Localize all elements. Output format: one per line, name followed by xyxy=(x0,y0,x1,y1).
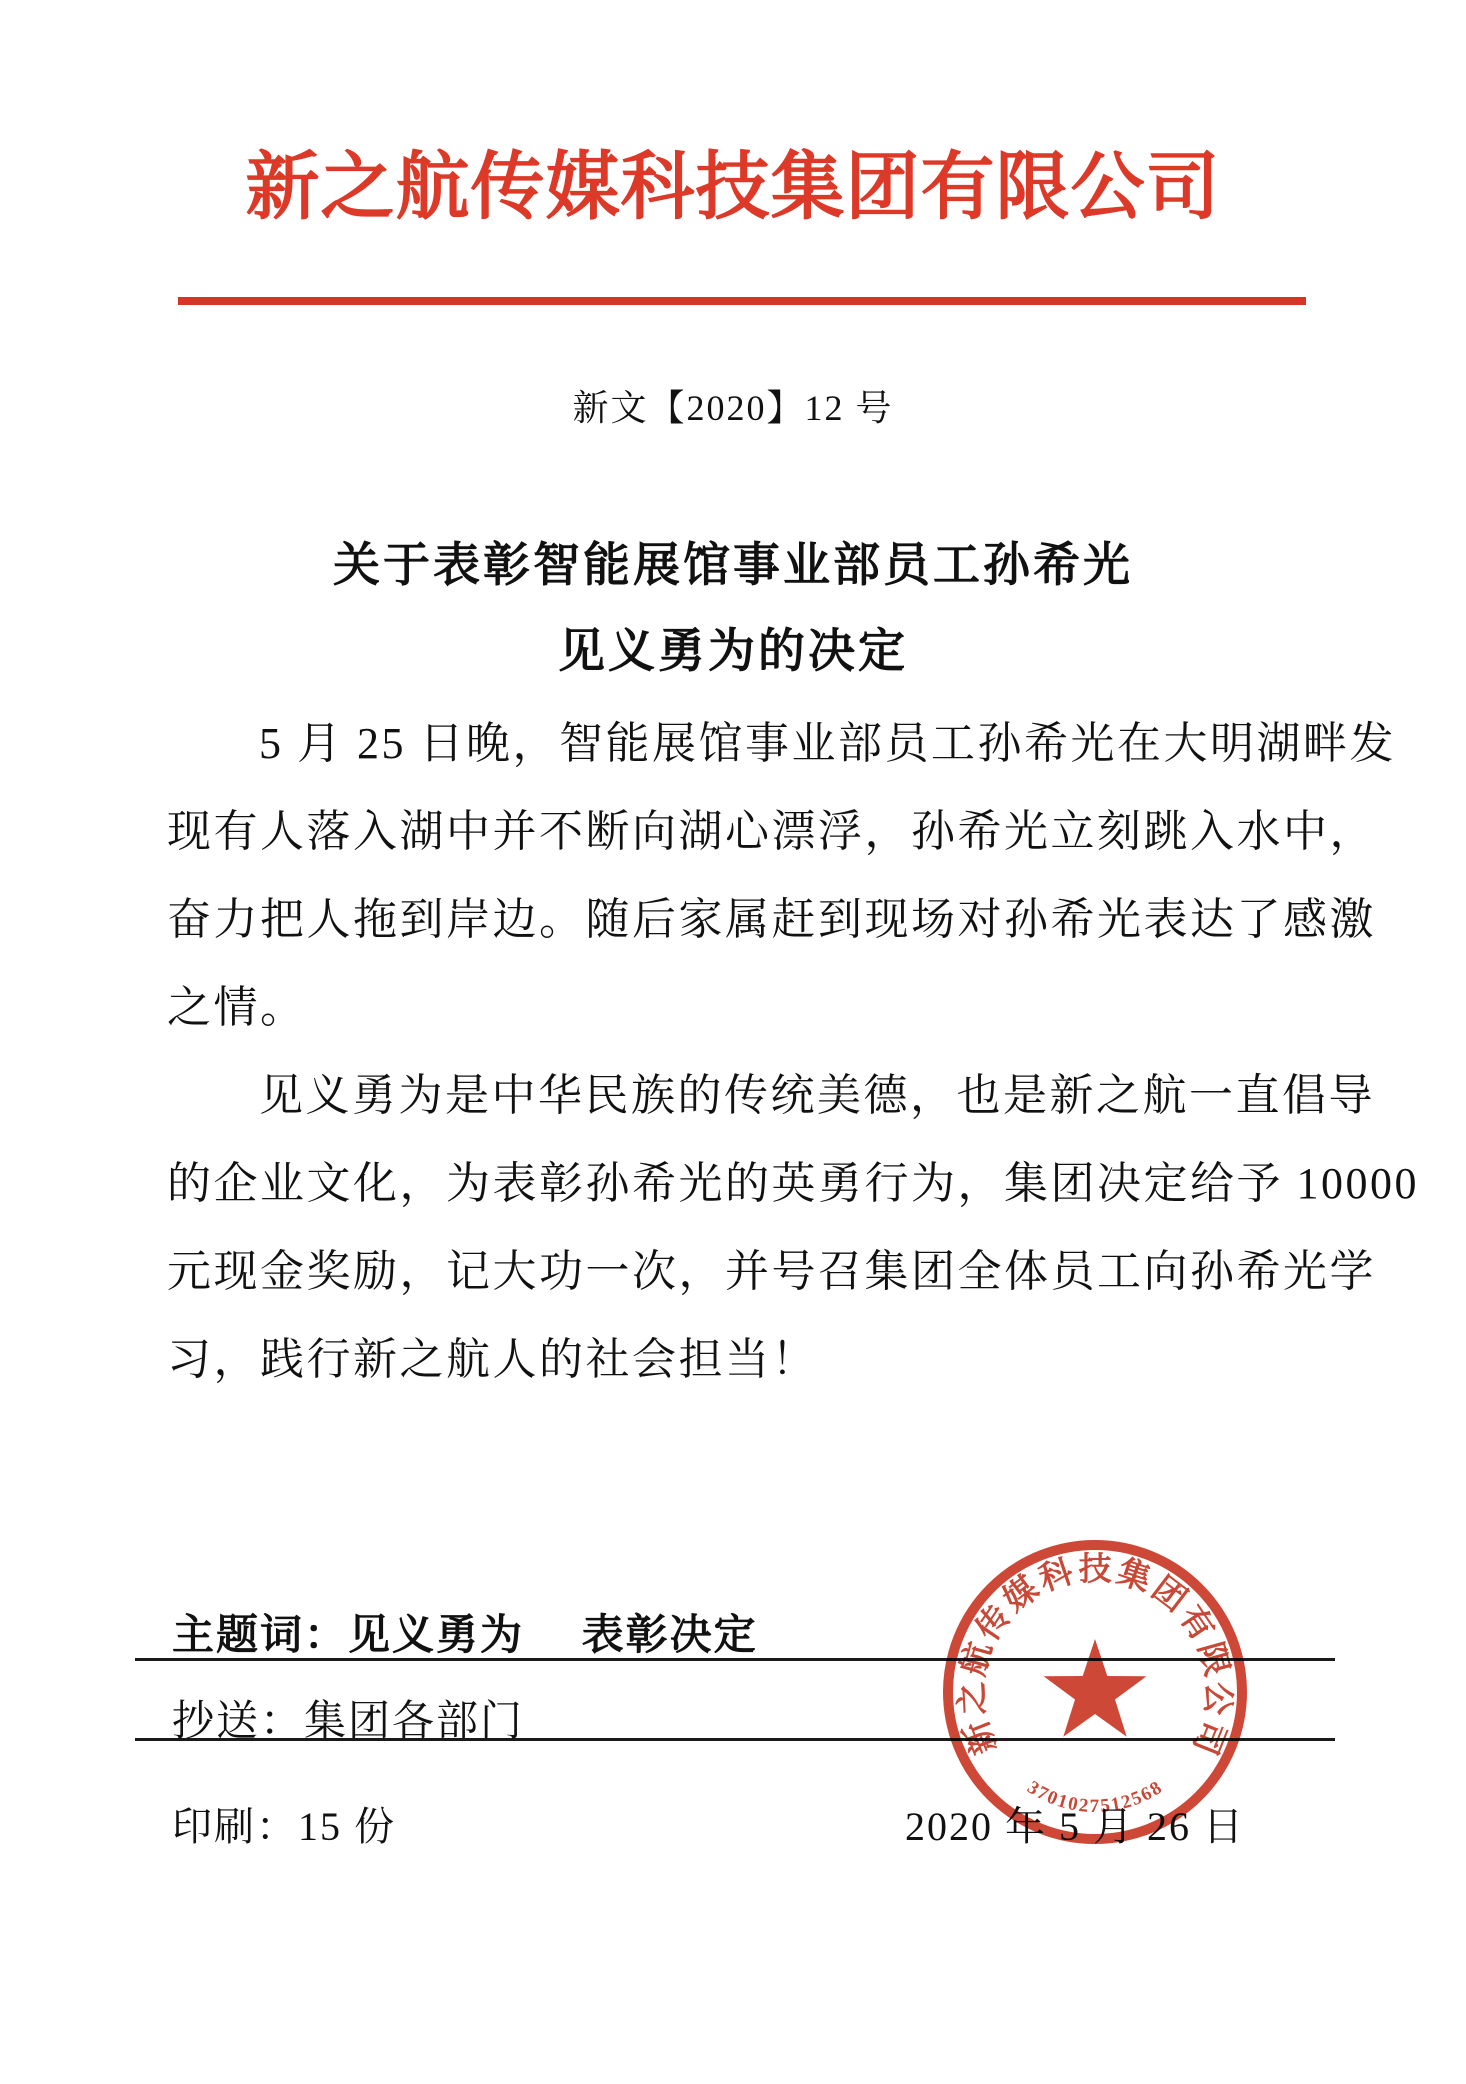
body-line: 的企业文化，为表彰孙希光的英勇行为，集团决定给予 10000 xyxy=(167,1140,1342,1228)
document-title-line2: 见义勇为的决定 xyxy=(0,614,1466,681)
body-line: 元现金奖励，记大功一次，并号召集团全体员工向孙希光学 xyxy=(167,1228,1342,1316)
body-line: 现有人落入湖中并不断向湖心漂浮，孙希光立刻跳入水中， xyxy=(167,788,1342,876)
body-line: 之情。 xyxy=(167,964,1342,1052)
seal-number-text: 3701027512568 xyxy=(1023,1777,1165,1817)
document-number: 新文【2020】12 号 xyxy=(0,380,1466,431)
company-letterhead-title: 新之航传媒科技集团有限公司 xyxy=(0,128,1466,234)
print-count: 印刷：15 份 xyxy=(172,1795,396,1852)
document-body: 5 月 25 日晚，智能展馆事业部员工孙希光在大明湖畔发 现有人落入湖中并不断向… xyxy=(167,700,1342,1404)
letterhead-divider xyxy=(178,297,1306,305)
document-title-line1: 关于表彰智能展馆事业部员工孙希光 xyxy=(0,528,1466,595)
star-icon xyxy=(1044,1639,1147,1737)
body-line: 5 月 25 日晚，智能展馆事业部员工孙希光在大明湖畔发 xyxy=(167,700,1342,788)
company-seal: 新之航传媒科技集团有限公司 3701027512568 xyxy=(930,1527,1260,1857)
keywords-line: 主题词：见义勇为 表彰决定 xyxy=(172,1602,758,1662)
body-line: 习，践行新之航人的社会担当！ xyxy=(167,1316,1342,1404)
official-document-page: 新之航传媒科技集团有限公司 新文【2020】12 号 关于表彰智能展馆事业部员工… xyxy=(0,0,1466,2084)
body-line: 见义勇为是中华民族的传统美德，也是新之航一直倡导 xyxy=(167,1052,1342,1140)
body-line: 奋力把人拖到岸边。随后家属赶到现场对孙希光表达了感激 xyxy=(167,876,1342,964)
